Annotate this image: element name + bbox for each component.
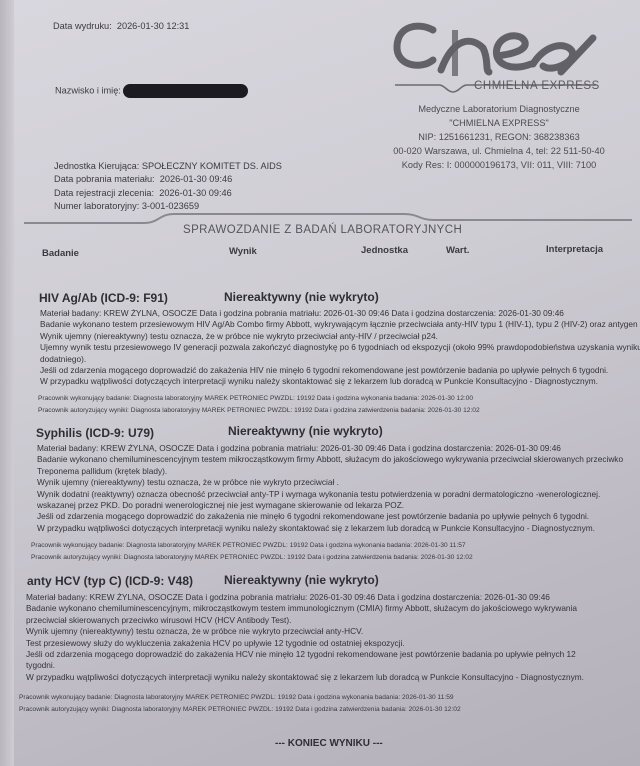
lab-info-block: Medyczne Laboratorium Diagnostyczne "CHM… [384, 102, 614, 172]
end-of-report: --- KONIEC WYNIKU --- [275, 738, 383, 749]
description-line: W przypadku wątpliwości dotyczących inte… [40, 376, 640, 387]
description-line: Badanie wykonano chemiluminescencyjnym, … [26, 603, 584, 614]
registration-date: Data rejestracji zlecenia: 2026-01-30 09… [54, 187, 282, 200]
material-line: Materiał badany: KREW ŻYLNA, OSOCZE Data… [37, 443, 623, 454]
collection-date: Data pobrania materiału: 2026-01-30 09:4… [54, 173, 282, 186]
description-line: Jeśli od zdarzenia mogącego doprowadzić … [26, 649, 584, 660]
description-line: Treponema pallidum (krętek blady). [37, 466, 623, 477]
description-line: Wynik ujemny (niereaktywny) testu oznacz… [40, 331, 640, 342]
description-line: dodatniego). [40, 354, 640, 365]
print-date-value: 2026-01-30 12:31 [117, 21, 190, 31]
description-line: W przypadku wątpliwości dotyczących inte… [26, 672, 584, 683]
description-line: Wynik dodatni (reaktywny) oznacza obecno… [37, 489, 623, 500]
referring-unit-label: Jednostka Kierująca: [54, 161, 139, 171]
lab-info-line: "CHMIELNA EXPRESS" [384, 116, 614, 130]
material-line: Materiał badany: KREW ŻYLNA, OSOCZE Data… [26, 592, 584, 603]
test-result: Niereaktywny (nie wykryto) [224, 290, 379, 304]
column-header-badanie: Badanie [42, 248, 79, 259]
lab-number-value: 3-001-023659 [142, 201, 199, 211]
test-result: Niereaktywny (nie wykryto) [228, 424, 383, 438]
description-line: tygodni. [26, 660, 584, 671]
lab-number-label: Numer laboratoryjny: [54, 201, 139, 211]
authorized-by: Pracownik autoryzujący wyniki: Diagnosta… [31, 552, 473, 564]
description-line: Badanie wykonano testem przesiewowym HIV… [40, 319, 640, 330]
test-description: Materiał badany: KREW ŻYLNA, OSOCZE Data… [40, 308, 640, 388]
print-date: Data wydruku: 2026-01-30 12:31 [53, 20, 189, 33]
description-line: Jeśli od zdarzenia mogącego doprowadzić … [40, 365, 640, 376]
description-line: przeciwciał skierowanych przeciwko wirus… [26, 615, 584, 626]
test-description: Materiał badany: KREW ŻYLNA, OSOCZE Data… [37, 443, 623, 534]
description-line: Jeśli od zdarzenia mogącego doprowadzić … [37, 511, 623, 522]
collection-date-label: Data pobrania materiału: [54, 174, 155, 184]
patient-name-label: Nazwisko i imię: [55, 85, 121, 95]
description-line: Test przesiewowy służy do wykluczenia za… [26, 638, 584, 649]
authorized-by: Pracownik autoryzujący wyniki: Diagnosta… [38, 405, 480, 417]
report-title: SPRAWOZDANIE Z BADAŃ LABORATORYJNYCH [183, 224, 462, 236]
description-line: Ujemny wynik testu przesiewowego IV gene… [40, 342, 640, 353]
order-details: Jednostka Kierująca: SPOŁECZNY KOMITET D… [54, 160, 282, 213]
lab-report-page: Data wydruku: 2026-01-30 12:31 Nazwisko … [0, 0, 640, 766]
referring-unit: Jednostka Kierująca: SPOŁECZNY KOMITET D… [54, 160, 282, 173]
test-result: Niereaktywny (nie wykryto) [224, 573, 379, 587]
lab-info-line: Medyczne Laboratorium Diagnostyczne [384, 102, 614, 116]
authorized-by: Pracownik autoryzujący wyniki: Diagnosta… [19, 704, 461, 716]
column-header-interpretacja: Interpretacja [546, 244, 603, 255]
performed-by: Pracownik wykonujący badanie: Diagnosta … [31, 540, 473, 552]
staff-info: Pracownik wykonujący badanie: Diagnosta … [31, 540, 473, 563]
print-date-label: Data wydruku: [53, 21, 112, 31]
staff-info: Pracownik wykonujący badanie: Diagnosta … [38, 393, 480, 416]
column-header-wart: Wart. [446, 245, 469, 256]
registration-date-value: 2026-01-30 09:46 [159, 188, 232, 198]
patient-name: Nazwisko i imię: [55, 84, 248, 98]
performed-by: Pracownik wykonujący badanie: Diagnosta … [38, 393, 480, 405]
material-line: Materiał badany: KREW ŻYLNA, OSOCZE Data… [40, 308, 640, 319]
description-line: wskazanej przez PKD. Do poradni wenerolo… [37, 500, 623, 511]
redacted-name-block [123, 84, 248, 98]
performed-by: Pracownik wykonujący badanie: Diagnosta … [19, 692, 461, 704]
lab-info-line: Kody Res: I: 000000196173, VII: 011, VII… [384, 158, 614, 172]
description-line: Badanie wykonano chemiluminescencyjnym t… [37, 454, 623, 465]
staff-info: Pracownik wykonujący badanie: Diagnosta … [19, 692, 461, 715]
test-name: HIV Ag/Ab (ICD-9: F91) [39, 291, 168, 305]
description-line: Wynik ujemny (niereaktywny) testu oznacz… [37, 477, 623, 488]
lab-info-line: 00-020 Warszawa, ul. Chmielna 4, tel: 22… [384, 144, 614, 158]
lab-info-line: NIP: 1251661231, REGON: 368238363 [384, 130, 614, 144]
registration-date-label: Data rejestracji zlecenia: [54, 188, 154, 198]
test-name: anty HCV (typ C) (ICD-9: V48) [27, 574, 193, 588]
collection-date-value: 2026-01-30 09:46 [160, 174, 233, 184]
test-description: Materiał badany: KREW ŻYLNA, OSOCZE Data… [26, 592, 584, 683]
lab-logo-subtitle: CHMIELNA EXPRESS [474, 80, 600, 92]
description-line: Wynik ujemny (niereaktywny) testu oznacz… [26, 626, 584, 637]
referring-unit-value: SPOŁECZNY KOMITET DS. AIDS [142, 161, 282, 171]
description-line: W przypadku wątpliwości dotyczących inte… [37, 523, 623, 534]
column-header-jednostka: Jednostka [361, 245, 408, 256]
column-header-wynik: Wynik [229, 246, 257, 257]
test-name: Syphilis (ICD-9: U79) [36, 426, 154, 440]
paper-edge [0, 0, 14, 766]
